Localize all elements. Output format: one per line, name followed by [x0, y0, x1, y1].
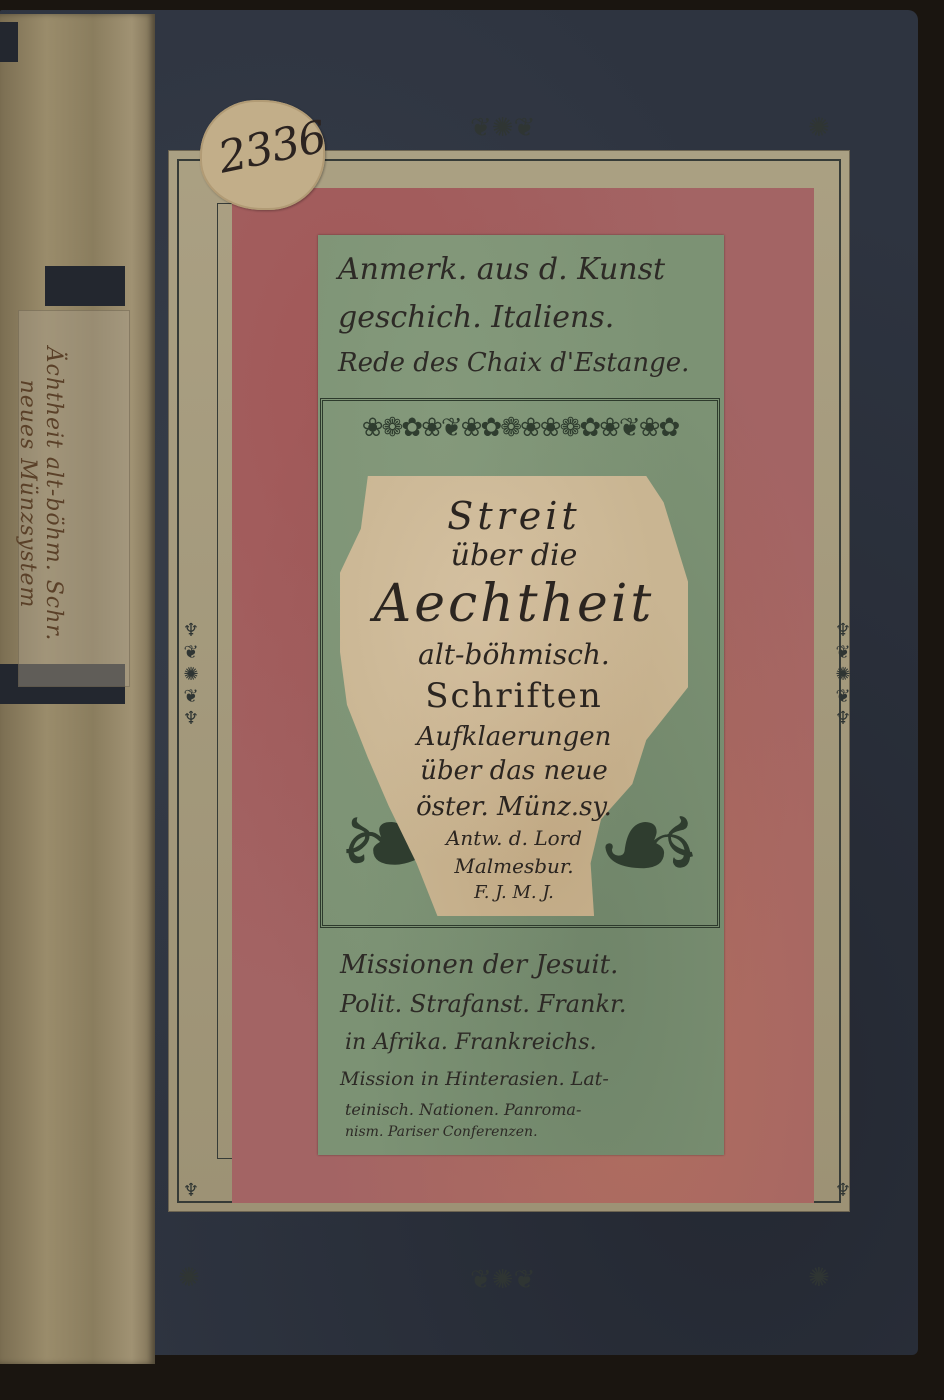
ornament-glyph: ❦ — [828, 686, 858, 708]
corner-ornament-bottom-left: ✺ — [178, 1268, 200, 1288]
title-line-5: Schriften — [340, 676, 688, 716]
upper-label-line-3: Rede des Chaix d'Estange. — [338, 348, 689, 378]
spine-tab-top-left — [0, 22, 18, 62]
title-line-10: Malmesbur. — [340, 854, 688, 878]
upper-label-line-1: Anmerk. aus d. Kunst — [338, 252, 665, 287]
ornament-glyph: ♆ — [828, 708, 858, 730]
ornament-glyph: ♆ — [176, 708, 206, 730]
spine-line-1: Ächtheit alt-böhm. Schr. — [40, 347, 66, 642]
title-label: Streit über die Aechtheit alt-böhmisch. … — [340, 476, 688, 916]
ornament-glyph: ♆ — [828, 620, 858, 642]
title-line-7: über das neue — [340, 756, 688, 786]
lower-label-line-5: teinisch. Nationen. Panroma- — [345, 1100, 581, 1119]
upper-label-line-2: geschich. Italiens. — [338, 300, 614, 335]
floral-garland: ❀❁✿❀❦❀✿❁❀❀❁✿❀❦❀✿ — [331, 411, 709, 481]
title-line-9: Antw. d. Lord — [340, 826, 688, 850]
corner-ornament-top-right: ✺ — [808, 118, 830, 138]
title-line-2: über die — [340, 538, 688, 573]
ornament-glyph: ❦ — [176, 686, 206, 708]
ornament-glyph: ❦ — [828, 642, 858, 664]
spine-title: Ächtheit alt-böhm. Schr. neues Münzsyste… — [10, 284, 70, 704]
lower-label-line-4: Mission in Hinterasien. Lat- — [340, 1068, 609, 1090]
lower-label-line-1: Missionen der Jesuit. — [340, 950, 618, 980]
title-line-3: Aechtheit — [340, 574, 688, 634]
left-bottom-ornament: ♆ — [176, 1180, 206, 1202]
title-line-8: öster. Münz.sy. — [340, 792, 688, 822]
right-side-ornament: ♆ ❦ ✺ ❦ ♆ — [828, 620, 858, 730]
bottom-center-ornament: ❦✺❦ — [470, 1270, 535, 1290]
lower-label-line-6: nism. Pariser Conferenzen. — [345, 1124, 538, 1140]
catalog-number: 2336 — [214, 111, 330, 183]
ornament-glyph: ♆ — [176, 620, 206, 642]
ornament-glyph: ✺ — [176, 664, 206, 686]
lower-label-line-2: Polit. Strafanst. Frankr. — [340, 990, 627, 1018]
lower-label-line-3: in Afrika. Frankreichs. — [345, 1030, 597, 1055]
corner-ornament-bottom-right: ✺ — [808, 1268, 830, 1288]
title-line-11: F. J. M. J. — [340, 882, 688, 903]
title-line-1: Streit — [340, 494, 688, 538]
ornament-glyph: ❦ — [176, 642, 206, 664]
right-bottom-ornament: ♆ — [828, 1180, 858, 1202]
title-line-6: Aufklaerungen — [340, 722, 688, 752]
left-side-ornament: ♆ ❦ ✺ ❦ ♆ — [176, 620, 206, 730]
spine-line-2: neues Münzsystem — [14, 347, 40, 642]
catalog-number-ticket: 2336 — [200, 100, 325, 210]
ornament-glyph: ✺ — [828, 664, 858, 686]
top-center-ornament: ❦✺❦ — [470, 118, 535, 138]
title-line-4: alt-böhmisch. — [340, 638, 688, 671]
book-spine: Ächtheit alt-böhm. Schr. neues Münzsyste… — [0, 14, 155, 1364]
